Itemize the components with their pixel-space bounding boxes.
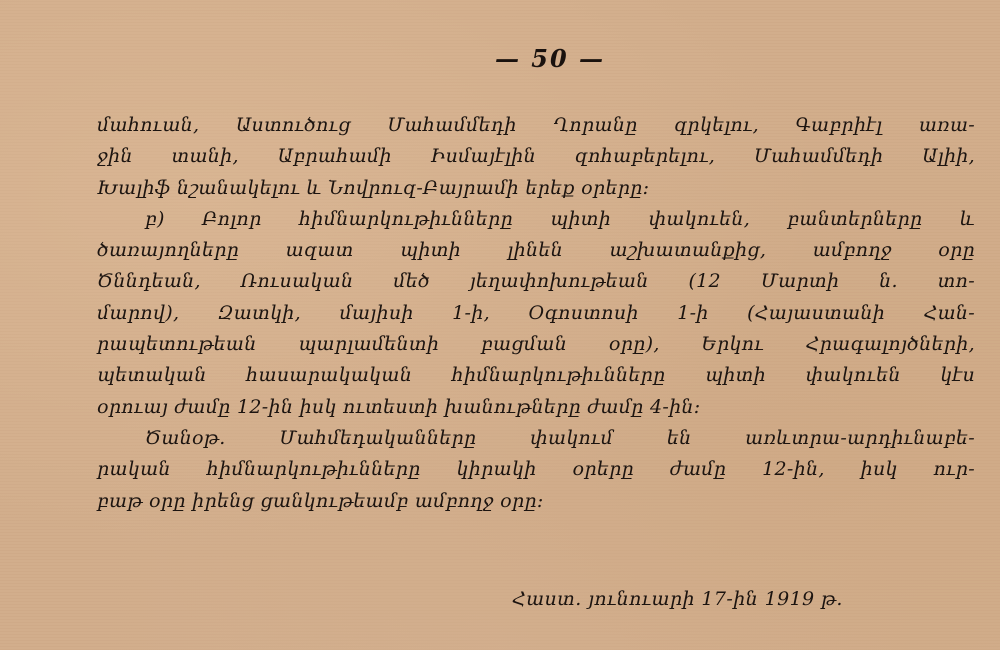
text-line: մահուան, Աստուծուց Մահամմեդի Ղորանը զրկե… — [97, 110, 975, 141]
document-page: — 50 — մահուան, Աստուծուց Մահամմեդի Ղորա… — [0, 0, 1000, 650]
paragraph-b-start: բ) Բոլոր հիմնարկութիւնները պիտի փակուեն,… — [97, 204, 975, 235]
text-line: Խալիֆ նշանակելու և Նովրուզ-Բայրամի երեք … — [97, 173, 975, 204]
text-line: ծառայողները ազատ պիտի լինեն աշխատանքից, … — [97, 235, 975, 266]
document-body: մահուան, Աստուծուց Մահամմեդի Ղորանը զրկե… — [97, 110, 975, 517]
text-line: Ծննդեան, Ռուսական մեծ յեղափոխութեան (12 … — [97, 266, 975, 297]
text-line: պետական հասարակական հիմնարկութիւնները պի… — [97, 360, 975, 391]
text-line: մարով), Զատկի, մայիսի 1-ի, Օգոստոսի 1-ի … — [97, 298, 975, 329]
text-line: րապետութեան պարլամենտի բացման օրը), Երկո… — [97, 329, 975, 360]
text-line: ջին տանի, Աբրահամի Իսմայէլին զոհաբերելու… — [97, 141, 975, 172]
text-line: րական հիմնարկութիւնները կիրակի օրերը ժամ… — [97, 454, 975, 485]
page-number-text: — 50 — — [495, 44, 605, 73]
approval-date-line: Հաստ. յունուարի 17-ին 1919 թ. — [512, 588, 843, 610]
page-number: — 50 — — [480, 44, 620, 73]
text-line: օրուայ ժամը 12-ին իսկ ուտեստի խանութները… — [97, 392, 975, 423]
note-paragraph-start: Ծանօթ. Մահմեդականները փակում են առևտրա-ա… — [97, 423, 975, 454]
text-line: բաթ օրը իրենց ցանկութեամբ ամբողջ օրը։ — [97, 486, 975, 517]
